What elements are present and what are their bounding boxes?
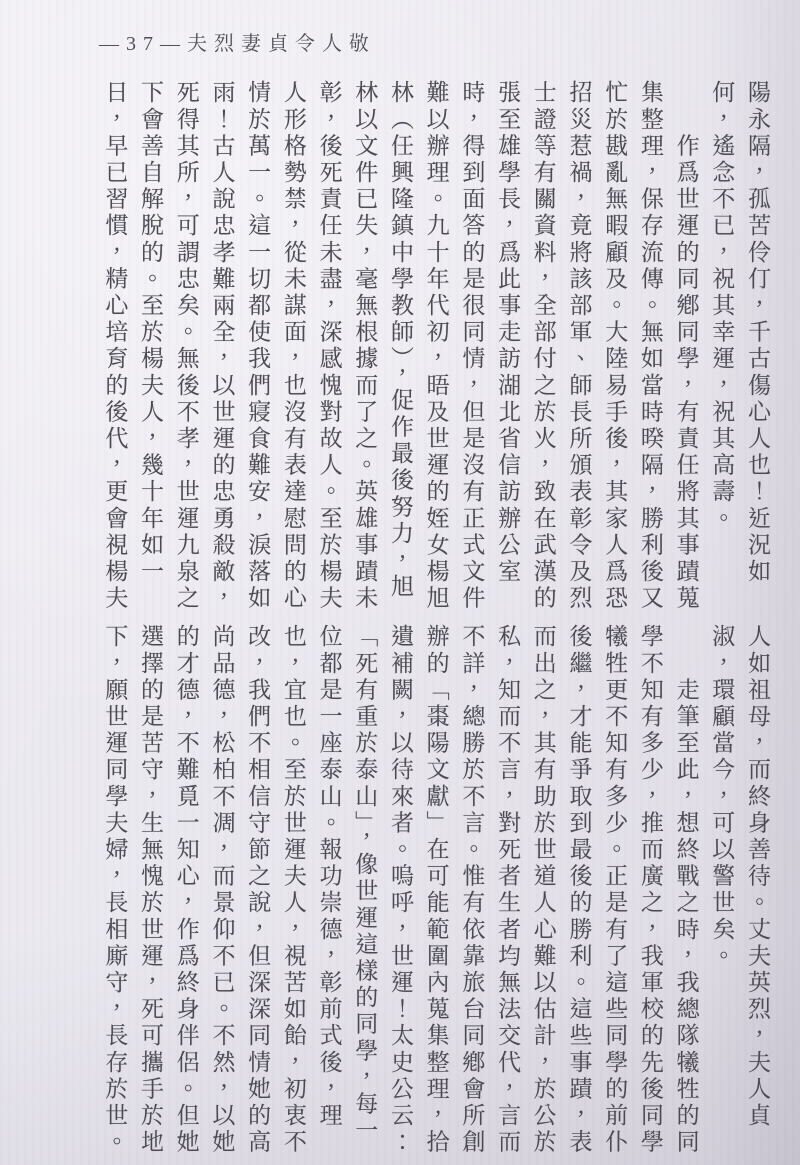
text-column: 辦的「棗陽文獻」在可能範圍內蒐集整理，拾 bbox=[418, 624, 454, 1160]
text-column: 的才德，不難覓一知心，作爲終身伴侶。但她 bbox=[168, 624, 204, 1160]
text-column: 位都是一座泰山。報功崇德，彰前式後，理 bbox=[311, 624, 347, 1160]
text-column: 下會善自解脫的。至於楊夫人，幾十年如一 bbox=[132, 80, 168, 616]
text-column: 犧牲更不知有多少。正是有了這些同學的前仆 bbox=[596, 624, 632, 1160]
text-column: 雨！古人說忠孝難兩全，以世運的忠勇殺敵， bbox=[204, 80, 240, 616]
text-column: 集整理，保存流傳。無如當時暌隔，勝利後又 bbox=[632, 80, 668, 616]
text-column: 士證等有關資料，全部付之於火，致在武漢的 bbox=[525, 80, 561, 616]
text-column: 彰，後死責任未盡，深感愧對故人。至於楊夫 bbox=[311, 80, 347, 616]
text-column: 也，宜也。至於世運夫人，視苦如飴，初衷不 bbox=[275, 624, 311, 1160]
text-column: 時，得到面答的是很同情，但是沒有正式文件 bbox=[454, 80, 490, 616]
text-column: 後繼，才能爭取到最後的勝利。這些事蹟，表 bbox=[561, 624, 597, 1160]
text-column: 淑，環顧當今，可以警世矣。 bbox=[704, 624, 740, 1160]
lower-text-block: 人如祖母，而終身善待。丈夫英烈，夫人貞 淑，環顧當今，可以警世矣。 走筆至此，想… bbox=[97, 624, 775, 1160]
text-column: 改，我們不相信守節之說，但深深同情她的高 bbox=[239, 624, 275, 1160]
text-column: 下，願世運同學夫婦，長相廝守，長存於世。 bbox=[97, 624, 133, 1160]
text-column: 遺補闕，以待來者。嗚呼，世運！太史公云： bbox=[382, 624, 418, 1160]
text-column: 情於萬一。這一切都使我們寢食難安，淚落如 bbox=[239, 80, 275, 616]
text-column: 林（任興隆鎮中學教師），促作最後努力，旭 bbox=[382, 80, 418, 616]
text-column: 不詳，總勝於不言。惟有依靠旅台同鄕會所創 bbox=[454, 624, 490, 1160]
text-column: 張至雄學長，爲此事走訪湖北省信訪辦公室 bbox=[489, 80, 525, 616]
text-column: 林以文件已失，毫無根據而了之。英雄事蹟未 bbox=[347, 80, 383, 616]
text-column: 陽永隔，孤苦伶仃，千古傷心人也！近況如 bbox=[739, 80, 775, 616]
text-column: 人形格勢禁，從未謀面，也沒有表達慰問的心 bbox=[275, 80, 311, 616]
text-column: 死得其所，可謂忠矣。無後不孝，世運九泉之 bbox=[168, 80, 204, 616]
text-column: 而出之，其有助於世道人心難以估計，於公於 bbox=[525, 624, 561, 1160]
upper-text-block: 陽永隔，孤苦伶仃，千古傷心人也！近況如 何，遙念不已，祝其幸運，祝其高壽。 作爲… bbox=[97, 80, 775, 616]
text-column: 「死有重於泰山」，像世運這樣的同學，每一 bbox=[347, 624, 383, 1160]
text-column: 忙於戡亂無暇顧及。大陸易手後，其家人爲恐 bbox=[596, 80, 632, 616]
scanned-book-page: —37—夫烈妻貞令人敬 陽永隔，孤苦伶仃，千古傷心人也！近況如 何，遙念不已，祝… bbox=[0, 0, 800, 1165]
text-column: 私，知而不言，對死者生者均無法交代，言而 bbox=[489, 624, 525, 1160]
page-header: —37—夫烈妻貞令人敬 bbox=[99, 27, 376, 56]
text-column: 選擇的是苦守，生無愧於世運，死可攜手於地 bbox=[132, 624, 168, 1160]
text-column: 學不知有多少，推而廣之，我軍校的先後同學 bbox=[632, 624, 668, 1160]
text-column: 日，早已習慣，精心培育的後代，更會視楊夫 bbox=[97, 80, 133, 616]
text-column: 作爲世運的同鄕同學，有責任將其事蹟蒐 bbox=[668, 80, 704, 616]
text-column: 何，遙念不已，祝其幸運，祝其高壽。 bbox=[704, 80, 740, 616]
text-column: 人如祖母，而終身善待。丈夫英烈，夫人貞 bbox=[739, 624, 775, 1160]
text-column: 難以辦理。九十年代初，晤及世運的姪女楊旭 bbox=[418, 80, 454, 616]
text-column: 尚品德，松柏不凋，而景仰不已。不然，以她 bbox=[204, 624, 240, 1160]
text-column: 走筆至此，想終戰之時，我總隊犧牲的同 bbox=[668, 624, 704, 1160]
text-column: 招災惹禍，竟將該部軍、師長所頒表彰令及烈 bbox=[561, 80, 597, 616]
